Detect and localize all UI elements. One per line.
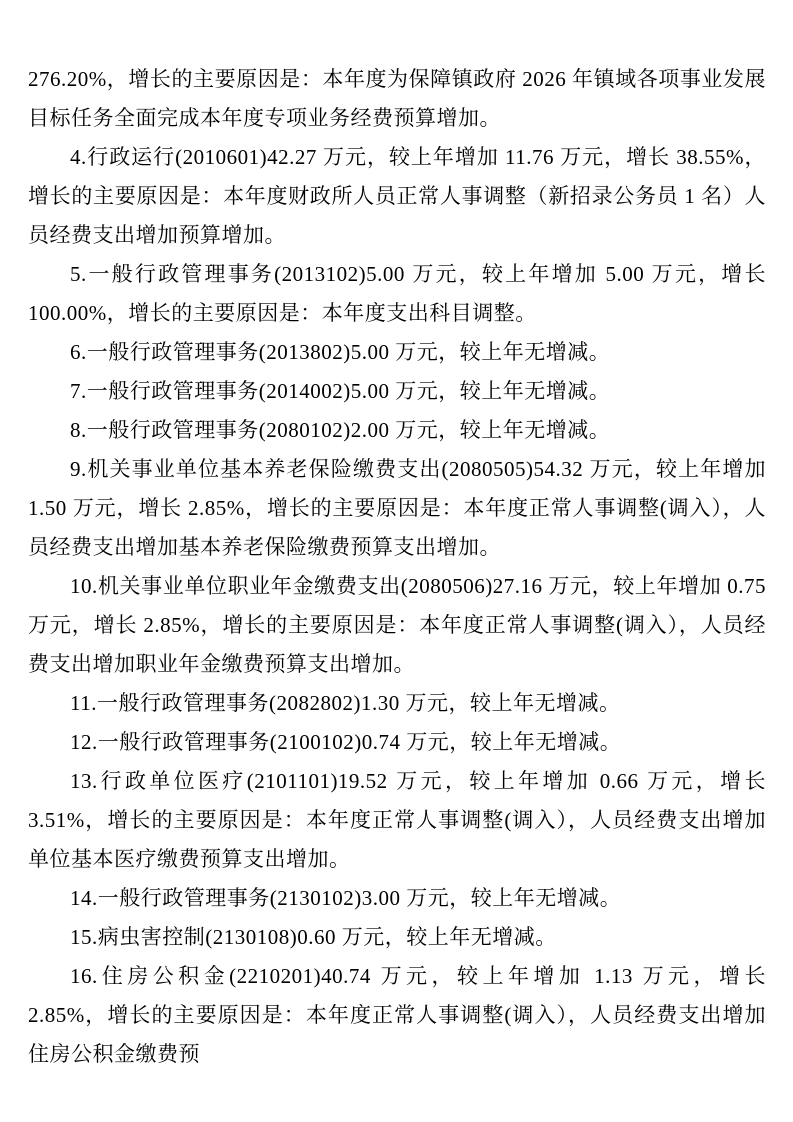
paragraph: 11.一般行政管理事务(2082802)1.30 万元，较上年无增减。	[28, 684, 766, 723]
paragraph: 13.行政单位医疗(2101101)19.52 万元，较上年增加 0.66 万元…	[28, 762, 766, 879]
paragraph: 276.20%，增长的主要原因是：本年度为保障镇政府 2026 年镇域各项事业发…	[28, 60, 766, 138]
paragraph: 15.病虫害控制(2130108)0.60 万元，较上年无增减。	[28, 918, 766, 957]
paragraph: 6.一般行政管理事务(2013802)5.00 万元，较上年无增减。	[28, 333, 766, 372]
paragraph: 10.机关事业单位职业年金缴费支出(2080506)27.16 万元，较上年增加…	[28, 567, 766, 684]
paragraph: 16.住房公积金(2210201)40.74 万元，较上年增加 1.13 万元，…	[28, 957, 766, 1074]
paragraph: 12.一般行政管理事务(2100102)0.74 万元，较上年无增减。	[28, 723, 766, 762]
paragraph: 14.一般行政管理事务(2130102)3.00 万元，较上年无增减。	[28, 879, 766, 918]
document-page: 276.20%，增长的主要原因是：本年度为保障镇政府 2026 年镇域各项事业发…	[0, 0, 793, 1122]
paragraph: 8.一般行政管理事务(2080102)2.00 万元，较上年无增减。	[28, 411, 766, 450]
paragraph: 4.行政运行(2010601)42.27 万元，较上年增加 11.76 万元，增…	[28, 138, 766, 255]
paragraph: 9.机关事业单位基本养老保险缴费支出(2080505)54.32 万元，较上年增…	[28, 450, 766, 567]
paragraph: 7.一般行政管理事务(2014002)5.00 万元，较上年无增减。	[28, 372, 766, 411]
paragraph: 5.一般行政管理事务(2013102)5.00 万元，较上年增加 5.00 万元…	[28, 255, 766, 333]
